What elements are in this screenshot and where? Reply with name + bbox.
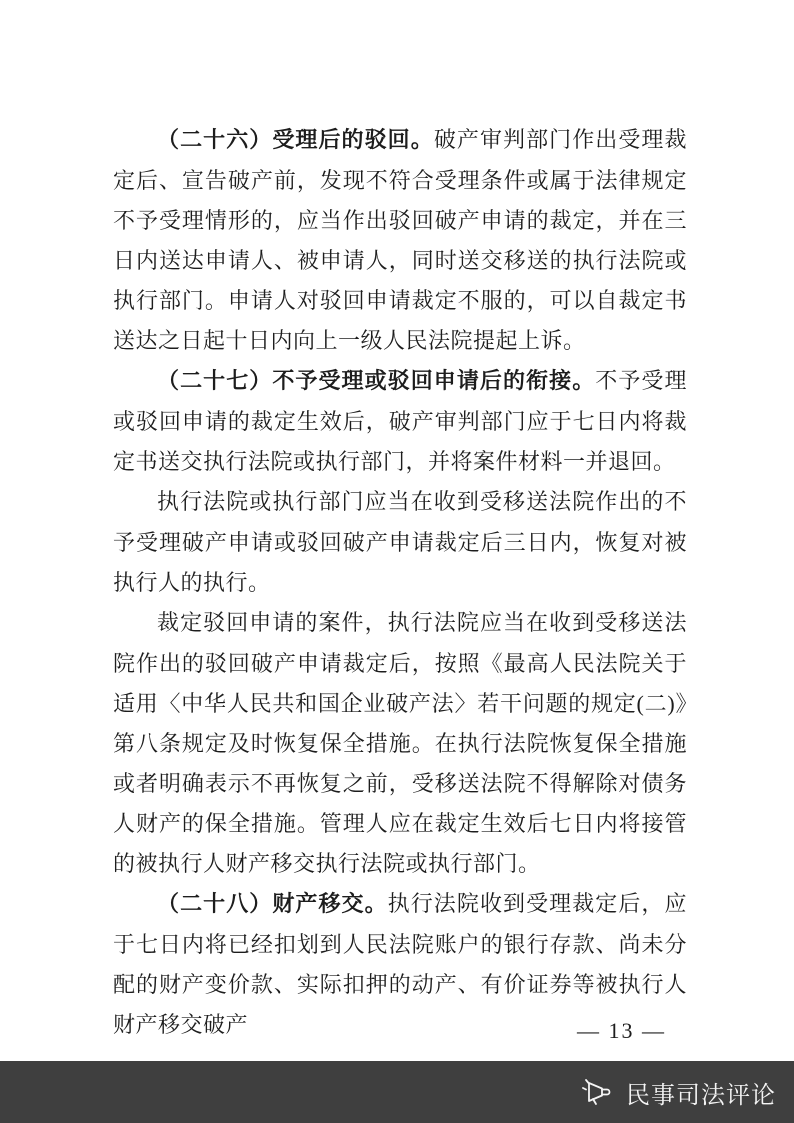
section-heading: （二十八）财产移交。 <box>157 892 388 917</box>
section-heading: （二十七）不予受理或驳回申请后的衔接。 <box>157 369 595 394</box>
document-page: （二十六）受理后的驳回。破产审判部门作出受理裁定后、宣告破产前，发现不符合受理条… <box>0 0 794 1123</box>
paragraph: 裁定驳回申请的案件，执行法院应当在收到受移送法院作出的驳回破产申请裁定后，按照《… <box>113 603 687 884</box>
megaphone-icon <box>581 1077 617 1107</box>
paragraph: （二十七）不予受理或驳回申请后的衔接。不予受理或驳回申请的裁定生效后，破产审判部… <box>113 361 687 482</box>
paragraph-text: 执行法院或执行部门应当在收到受移送法院作出的不予受理破产申请或驳回破产申请裁定后… <box>113 489 687 595</box>
paragraph: 执行法院或执行部门应当在收到受移送法院作出的不予受理破产申请或驳回破产申请裁定后… <box>113 482 687 603</box>
brand-label: 民事司法评论 <box>626 1075 776 1110</box>
page-number: — 13 — <box>577 1018 666 1044</box>
document-body: （二十六）受理后的驳回。破产审判部门作出受理裁定后、宣告破产前，发现不符合受理条… <box>113 120 687 1045</box>
footer-bar: 民事司法评论 <box>0 1061 794 1123</box>
paragraph: （二十六）受理后的驳回。破产审判部门作出受理裁定后、宣告破产前，发现不符合受理条… <box>113 120 687 361</box>
paragraph-text: 裁定驳回申请的案件，执行法院应当在收到受移送法院作出的驳回破产申请裁定后，按照《… <box>113 610 687 876</box>
section-heading: （二十六）受理后的驳回。 <box>157 128 434 153</box>
paragraph-text: 破产审判部门作出受理裁定后、宣告破产前，发现不符合受理条件或属于法律规定不予受理… <box>113 127 687 353</box>
